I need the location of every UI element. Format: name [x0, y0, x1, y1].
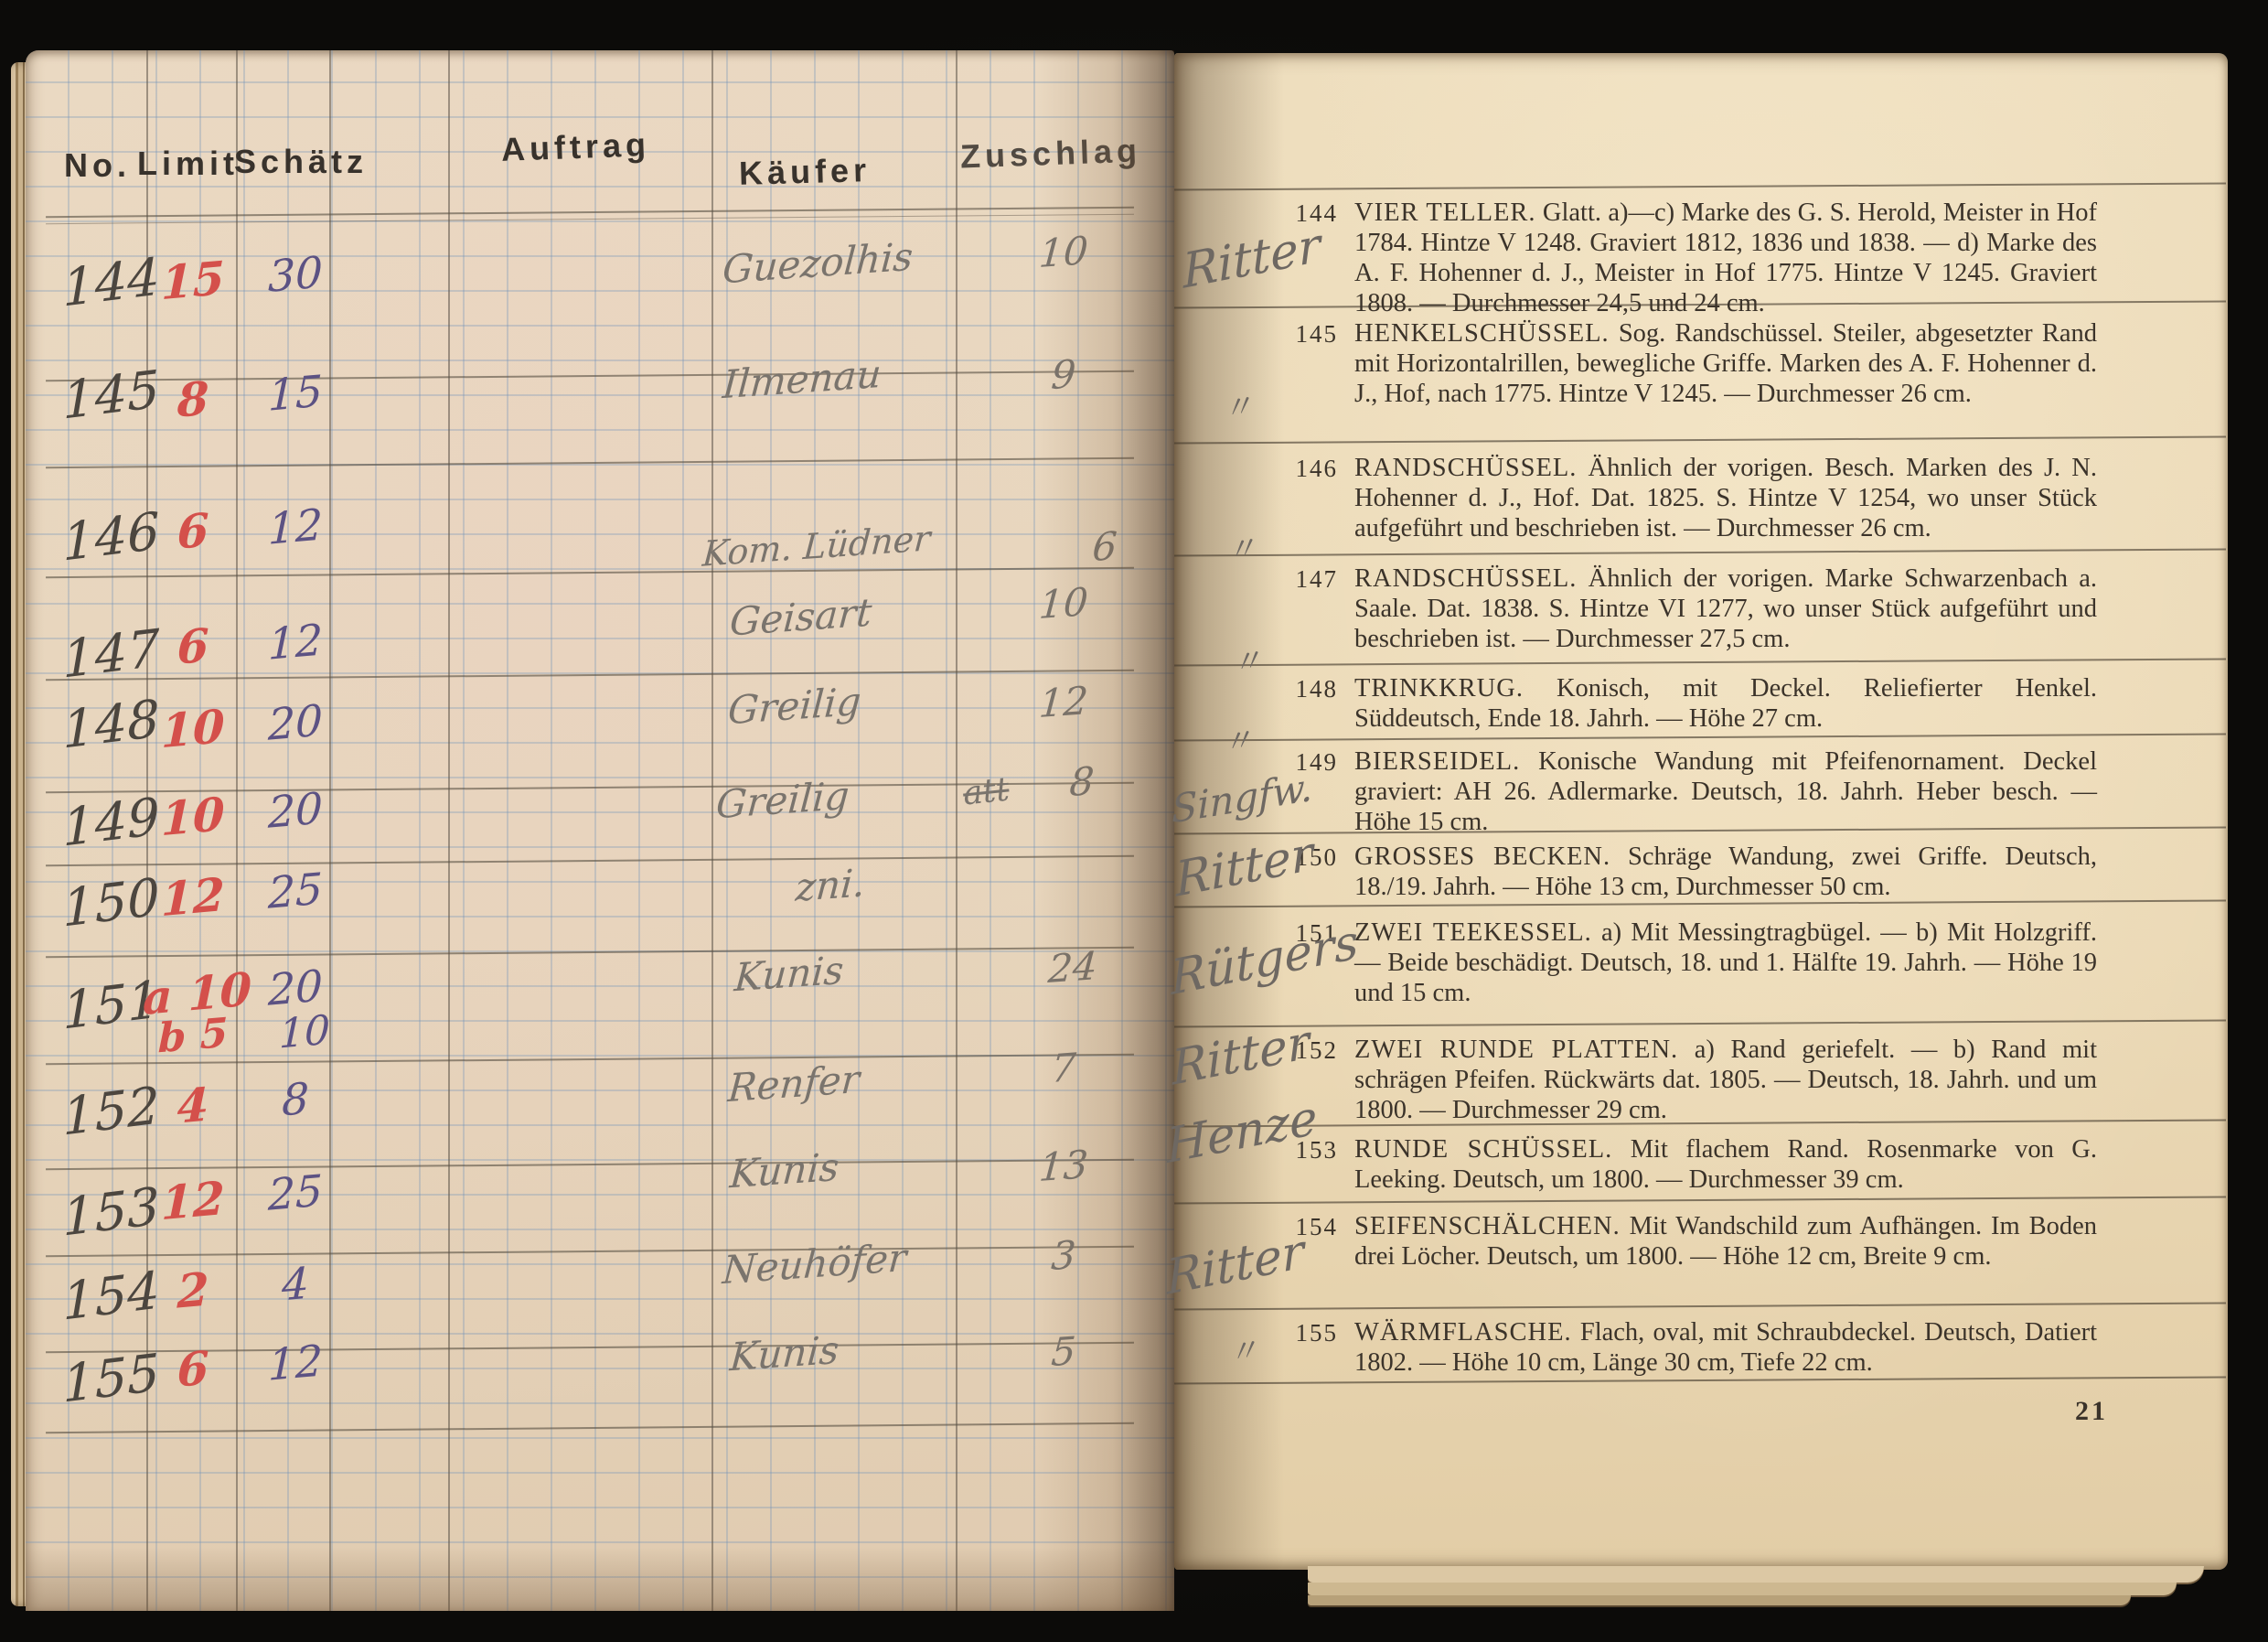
page-edge	[1308, 1583, 2177, 1595]
limit-value-b: b 5	[143, 1008, 243, 1064]
entry-title: ZWEI RUNDE PLATTEN.	[1354, 1036, 1678, 1064]
limit-value: 10	[152, 698, 235, 759]
entry-number: 148	[1274, 674, 1338, 704]
ledger-page: No. Limit Schätz Auftrag Käufer Zuschlag…	[26, 50, 1174, 1611]
lot-number: 155	[62, 1343, 160, 1414]
schaetz-value: 12	[245, 498, 347, 557]
limit-value: 6	[152, 500, 235, 562]
schaetz-value: 15	[245, 364, 347, 424]
entry-title: RUNDE SCHÜSSEL.	[1354, 1135, 1612, 1164]
buyer-name: Greilig	[726, 679, 862, 734]
entry-rule	[1174, 435, 2226, 444]
lot-number: 146	[62, 501, 160, 573]
page-stack-bottom-edge	[1308, 1566, 2213, 1614]
book-scan: No. Limit Schätz Auftrag Käufer Zuschlag…	[0, 0, 2268, 1642]
buyer-name: Greilig	[714, 773, 850, 828]
limit-value: 10	[152, 786, 235, 847]
catalog-entry: 155 WÄRMFLASCHE. Flach, oval, mit Schrau…	[1354, 1317, 2097, 1378]
page-edge	[1308, 1566, 2204, 1583]
schaetz-value: 4	[245, 1255, 347, 1315]
catalog-entry: 151 ZWEI TEEKESSEL. a) Mit Messingtragbü…	[1354, 918, 2097, 1008]
entry-title: ZWEI TEEKESSEL.	[1354, 918, 1592, 947]
schaetz-value: 25	[245, 1164, 347, 1223]
entry-title: SEIFENSCHÄLCHEN.	[1354, 1212, 1621, 1240]
page-number: 21	[2075, 1396, 2108, 1427]
column-rule	[448, 50, 450, 1611]
catalog-entry: 144 VIER TELLER. Glatt. a)—c) Marke des …	[1354, 198, 2097, 318]
schaetz-value: 20	[245, 781, 347, 841]
entry-rule	[1174, 1196, 2226, 1204]
entry-title: GROSSES BECKEN.	[1354, 842, 1610, 871]
limit-value: 6	[152, 1338, 235, 1400]
limit-value: 12	[152, 866, 235, 928]
column-header-limit: Limit	[137, 145, 239, 183]
page-edge	[1308, 1595, 2131, 1605]
entry-title: HENKELSCHÜSSEL.	[1354, 319, 1610, 348]
buyer-name: Kunis	[733, 948, 845, 1001]
entry-rule	[1174, 1302, 2226, 1310]
entry-title: RANDSCHÜSSEL.	[1354, 454, 1577, 482]
buyer-name: Renfer	[726, 1057, 861, 1111]
entry-number: 147	[1274, 564, 1338, 595]
catalog-entry: 149 BIERSEIDEL. Konische Wandung mit Pfe…	[1354, 746, 2097, 837]
lot-number: 147	[62, 618, 160, 690]
schaetz-value-b: 10	[254, 1004, 355, 1060]
catalog-page: 144 VIER TELLER. Glatt. a)—c) Marke des …	[1174, 53, 2228, 1570]
lot-number: 149	[62, 787, 160, 858]
schaetz-value: 20	[245, 693, 347, 753]
column-rule	[236, 50, 238, 1611]
entry-title: RANDSCHÜSSEL.	[1354, 564, 1577, 593]
entry-title: TRINKKRUG.	[1354, 674, 1524, 703]
limit-value: 8	[152, 369, 235, 430]
entry-title: VIER TELLER.	[1354, 199, 1536, 227]
entry-rule	[1174, 658, 2226, 666]
limit-value: 4	[152, 1075, 235, 1136]
lot-number: 153	[62, 1176, 160, 1248]
limit-value: 15	[152, 250, 235, 311]
column-header-auftrag: Auftrag	[500, 125, 650, 169]
schaetz-value: 12	[245, 613, 347, 672]
limit-value: 12	[152, 1170, 235, 1231]
schaetz-value: 8	[245, 1070, 347, 1130]
column-rule	[711, 50, 713, 1611]
buyer-name: zni.	[794, 860, 866, 910]
column-header-schaetz: Schätz	[234, 143, 368, 181]
limit-value: 2	[152, 1260, 235, 1321]
entry-title: WÄRMFLASCHE.	[1354, 1318, 1572, 1347]
catalog-entry: 146 RANDSCHÜSSEL. Ähnlich der vorigen. B…	[1354, 453, 2097, 543]
entry-rule	[1174, 1019, 2226, 1027]
catalog-entry: 148 TRINKKRUG. Konisch, mit Deckel. Reli…	[1354, 673, 2097, 734]
entry-rule	[1174, 548, 2226, 556]
entry-title: BIERSEIDEL.	[1354, 747, 1520, 776]
catalog-entry: 152 ZWEI RUNDE PLATTEN. a) Rand geriefel…	[1354, 1035, 2097, 1125]
column-header-kaeufer: Käufer	[738, 151, 871, 193]
entry-number: 146	[1274, 454, 1338, 484]
schaetz-value: 25	[245, 862, 347, 921]
catalog-entry: 154 SEIFENSCHÄLCHEN. Mit Wandschild zum …	[1354, 1211, 2097, 1272]
buyer-name: Kunis	[728, 1327, 840, 1380]
schaetz-value: 12	[245, 1334, 347, 1393]
crossed-out-note: att	[961, 770, 1011, 812]
buyer-name: Kunis	[728, 1144, 840, 1197]
entry-rule	[1174, 733, 2226, 741]
lot-number: 144	[62, 247, 160, 318]
catalog-entry: 153 RUNDE SCHÜSSEL. Mit flachem Rand. Ro…	[1354, 1134, 2097, 1195]
lot-number: 152	[62, 1076, 160, 1147]
entry-number: 155	[1274, 1318, 1338, 1348]
catalog-entry: 145 HENKELSCHÜSSEL. Sog. Randschüssel. S…	[1354, 318, 2097, 409]
catalog-entry: 150 GROSSES BECKEN. Schräge Wandung, zwe…	[1354, 842, 2097, 902]
lot-number: 145	[62, 360, 160, 431]
page-curl	[26, 1547, 1174, 1611]
entry-rule	[1174, 182, 2226, 190]
column-header-no: No.	[64, 146, 131, 185]
limit-value: 6	[152, 616, 235, 677]
catalog-entry: 147 RANDSCHÜSSEL. Ähnlich der vorigen. M…	[1354, 563, 2097, 654]
lot-number: 150	[62, 867, 160, 939]
lot-number: 148	[62, 689, 160, 760]
page-curl	[1037, 50, 1174, 1611]
schaetz-value: 30	[245, 245, 347, 305]
lot-number: 154	[62, 1261, 160, 1332]
column-rule	[956, 50, 957, 1611]
entry-number: 145	[1274, 319, 1338, 349]
